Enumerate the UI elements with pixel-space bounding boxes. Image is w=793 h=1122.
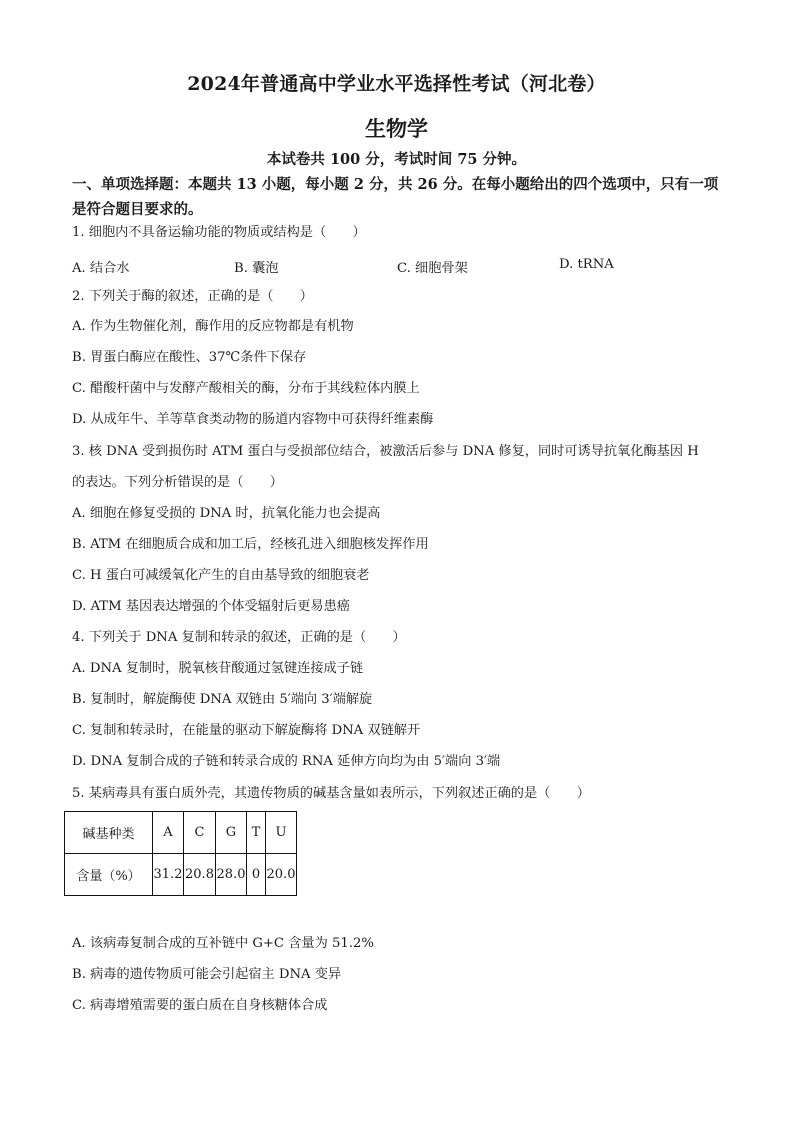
question-3-stem-line-1: 3. 核 DNA 受到损伤时 ATM 蛋白与受损部位结合，被激活后参与 DNA … <box>72 443 699 461</box>
question-1-option-d: D. tRNA <box>559 257 614 272</box>
table-row-content: 含量（%） 31.2 20.8 28.0 0 20.0 <box>65 854 297 896</box>
question-5-option-a: A. 该病毒复制合成的互补链中 G+C 含量为 51.2% <box>72 935 374 953</box>
table-cell-value-u: 20.0 <box>266 854 297 896</box>
table-cell-value-t: 0 <box>247 854 266 896</box>
question-3-option-c: C. H 蛋白可减缓氧化产生的自由基导致的细胞衰老 <box>72 567 369 585</box>
question-1-option-b: B. 囊泡 <box>234 257 278 276</box>
question-4-stem: 4. 下列关于 DNA 复制和转录的叙述，正确的是（ ） <box>72 629 406 647</box>
question-2-option-b: B. 胃蛋白酶应在酸性、37℃条件下保存 <box>72 349 306 367</box>
question-3-option-a: A. 细胞在修复受损的 DNA 时，抗氧化能力也会提高 <box>72 505 381 523</box>
subject-title: 生物学 <box>0 113 793 143</box>
question-4-option-b: B. 复制时，解旋酶使 DNA 双链由 5′端向 3′端解旋 <box>72 691 372 709</box>
exam-info: 本试卷共 100 分，考试时间 75 分钟。 <box>0 148 793 169</box>
table-cell-base-g: G <box>216 812 247 854</box>
question-4-option-a: A. DNA 复制时，脱氧核苷酸通过氢键连接成子链 <box>72 660 363 678</box>
question-2-option-a: A. 作为生物催化剂，酶作用的反应物都是有机物 <box>72 318 354 336</box>
question-5-option-c: C. 病毒增殖需要的蛋白质在自身核糖体合成 <box>72 997 327 1015</box>
table-cell-base-u: U <box>266 812 297 854</box>
exam-title: 2024年普通高中学业水平选择性考试（河北卷） <box>0 69 793 96</box>
table-header-base-type: 碱基种类 <box>65 812 153 854</box>
question-1-option-a: A. 结合水 <box>72 257 129 276</box>
table-cell-base-a: A <box>153 812 184 854</box>
base-content-table: 碱基种类 A C G T U 含量（%） 31.2 20.8 28.0 0 20… <box>64 811 297 896</box>
question-4-option-c: C. 复制和转录时，在能量的驱动下解旋酶将 DNA 双链解开 <box>72 722 420 740</box>
table-cell-value-a: 31.2 <box>153 854 184 896</box>
question-3-option-b: B. ATM 在细胞质合成和加工后，经核孔进入细胞核发挥作用 <box>72 536 429 554</box>
question-3-stem-line-2: 的表达。下列分析错误的是（ ） <box>72 474 283 492</box>
question-2-option-d: D. 从成年牛、羊等草食类动物的肠道内容物中可获得纤维素酶 <box>72 411 433 429</box>
question-5-option-b: B. 病毒的遗传物质可能会引起宿主 DNA 变异 <box>72 966 341 984</box>
question-5-stem: 5. 某病毒具有蛋白质外壳，其遗传物质的碱基含量如表所示，下列叙述正确的是（ ） <box>72 785 590 803</box>
table-cell-value-g: 28.0 <box>216 854 247 896</box>
exam-page: 2024年普通高中学业水平选择性考试（河北卷） 生物学 本试卷共 100 分，考… <box>0 0 793 1122</box>
table-cell-base-c: C <box>184 812 216 854</box>
table-header-content: 含量（%） <box>65 854 153 896</box>
table-cell-value-c: 20.8 <box>184 854 216 896</box>
question-4-option-d: D. DNA 复制合成的子链和转录合成的 RNA 延伸方向均为由 5′端向 3′… <box>72 753 500 771</box>
question-1-option-c: C. 细胞骨架 <box>397 257 468 276</box>
table-row-bases: 碱基种类 A C G T U <box>65 812 297 854</box>
section-heading: 一、单项选择题：本题共 13 小题，每小题 2 分，共 26 分。在每小题给出的… <box>72 172 722 222</box>
table-cell-base-t: T <box>247 812 266 854</box>
question-3-option-d: D. ATM 基因表达增强的个体受辐射后更易患癌 <box>72 598 350 616</box>
question-1-stem: 1. 细胞内不具备运输功能的物质或结构是（ ） <box>72 224 366 242</box>
question-2-stem: 2. 下列关于酶的叙述，正确的是（ ） <box>72 288 313 306</box>
question-2-option-c: C. 醋酸杆菌中与发酵产酸相关的酶，分布于其线粒体内膜上 <box>72 380 420 398</box>
